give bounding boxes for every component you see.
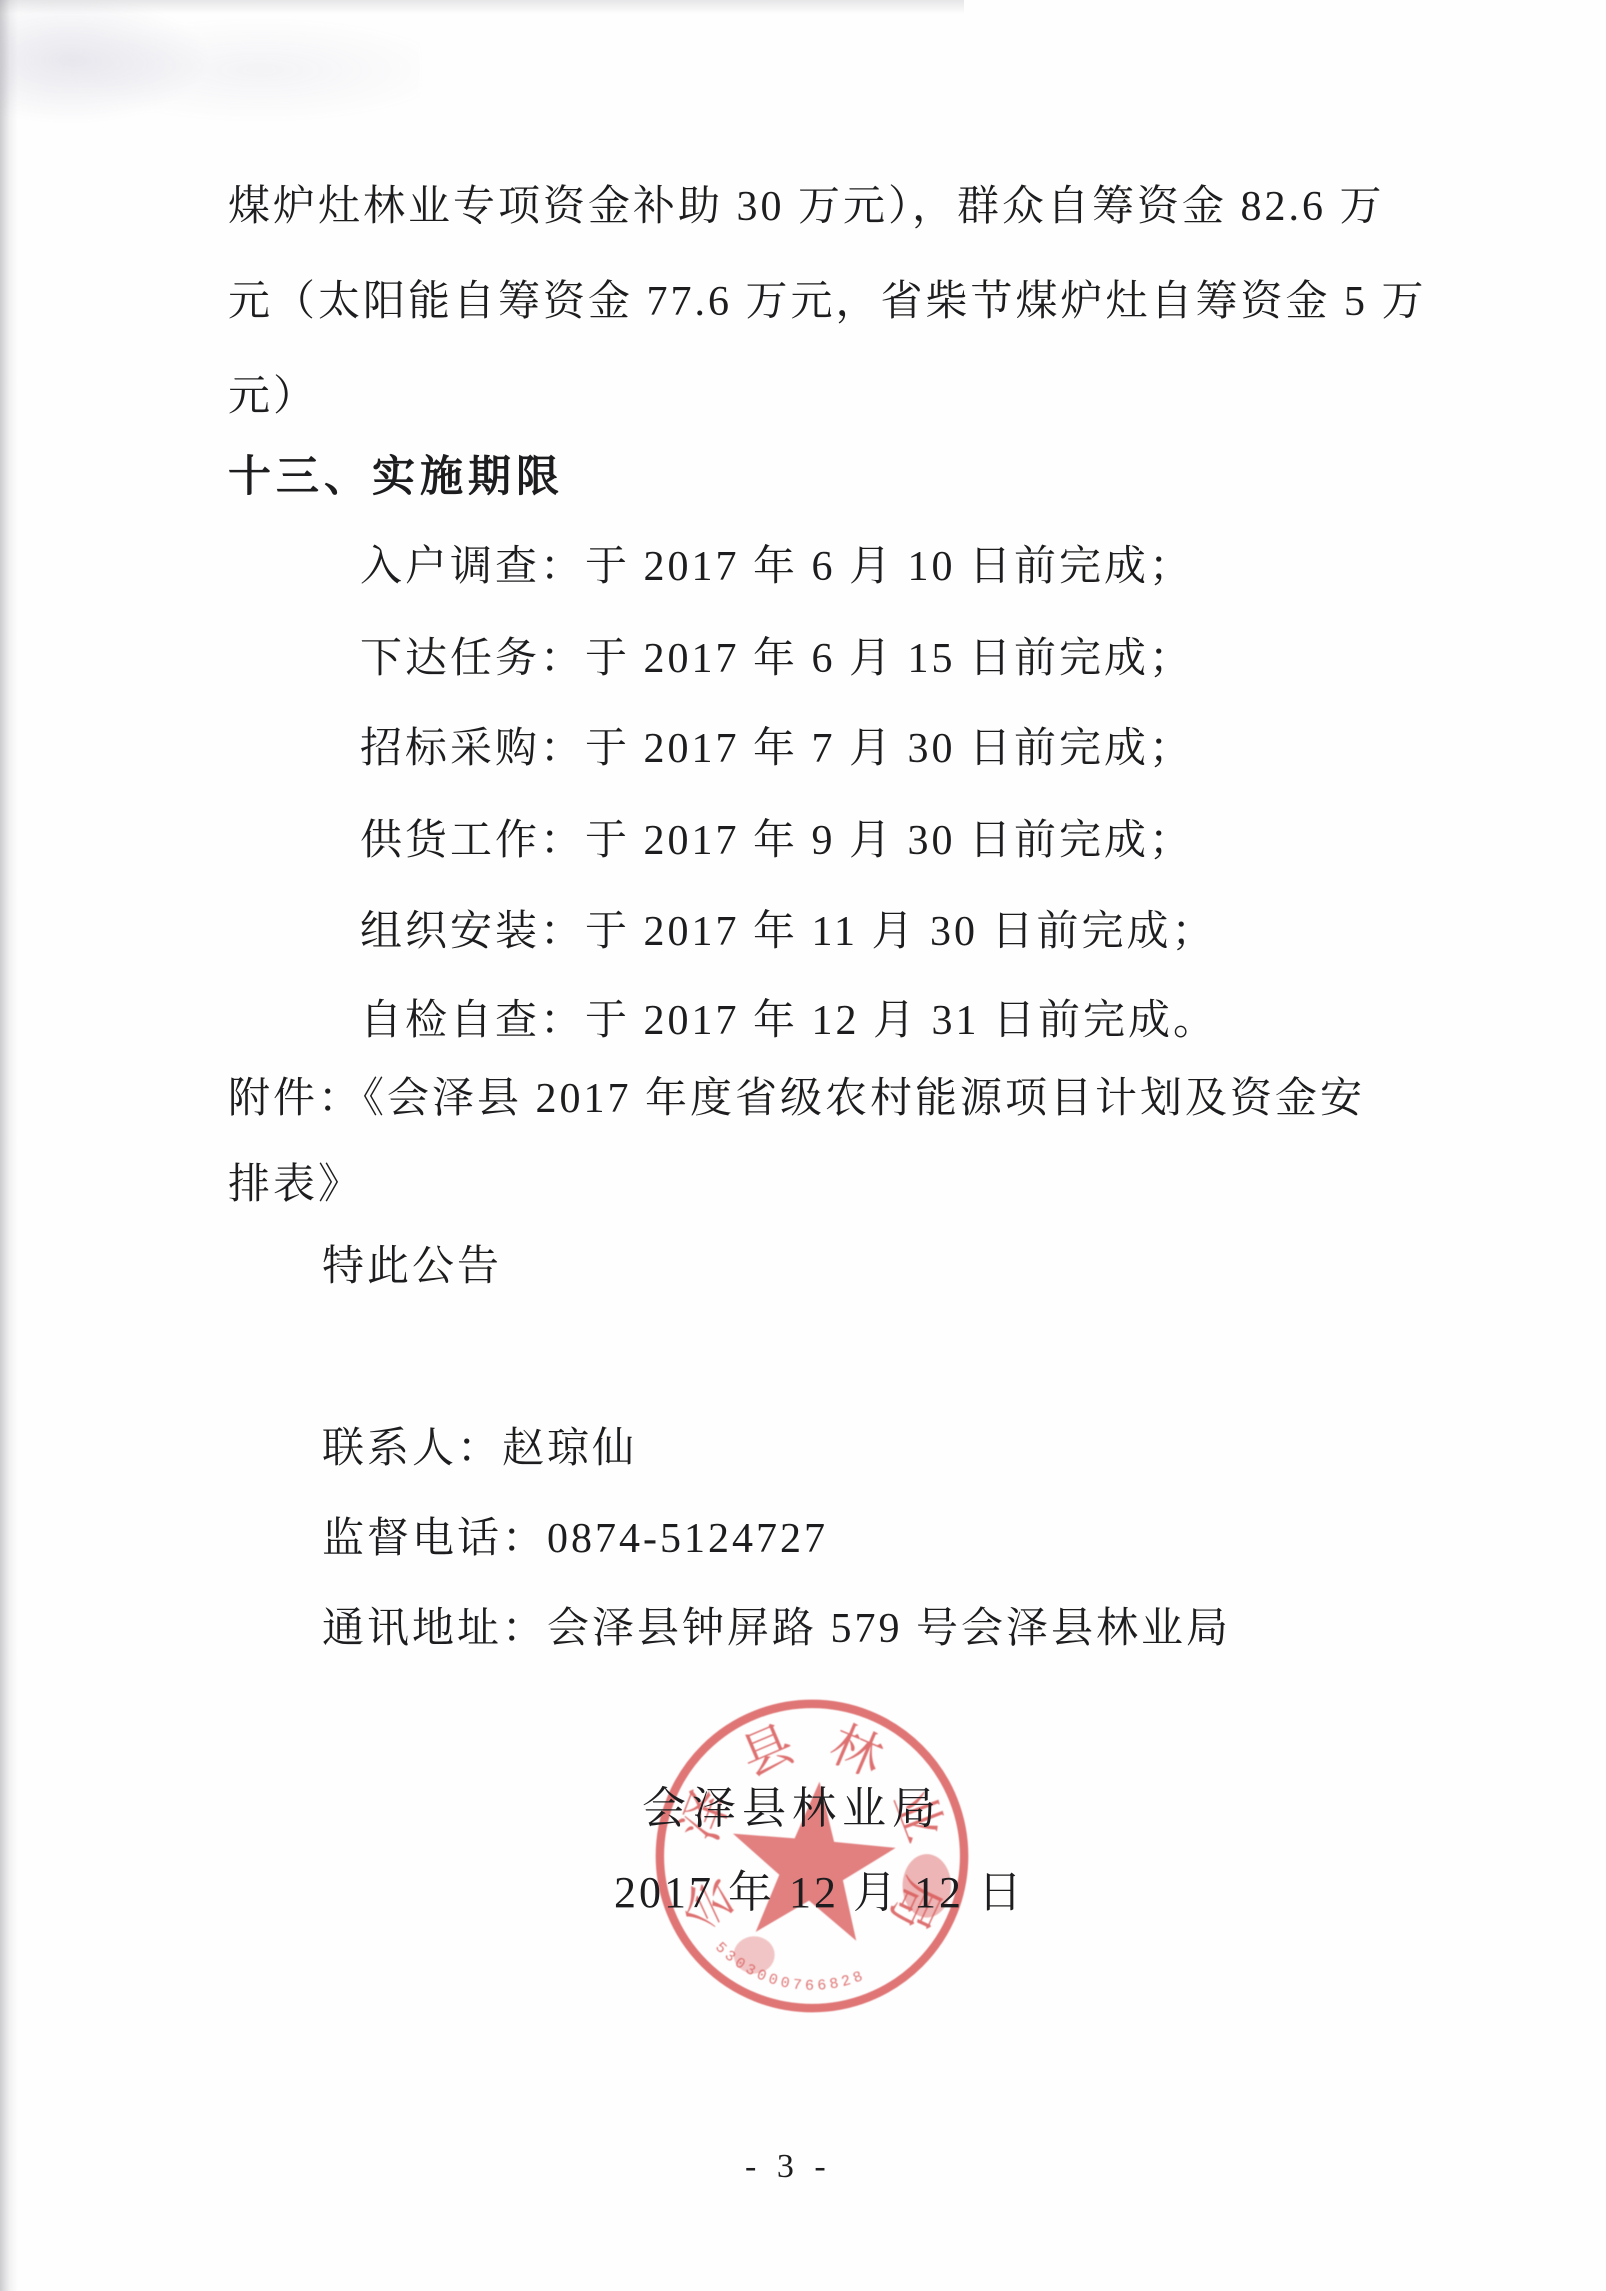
document-page: 煤炉灶林业专项资金补助 30 万元），群众自筹资金 82.6 万 元（太阳能自筹… — [0, 0, 1606, 2291]
paragraph-funding-line3: 元） — [228, 376, 318, 418]
attachment-line2: 排表》 — [228, 1164, 363, 1206]
paragraph-funding-line2: 元（太阳能自筹资金 77.6 万元，省柴节煤炉灶自筹资金 5 万 — [228, 281, 1427, 323]
schedule-item-install: 组织安装：于 2017 年 11 月 30 日前完成； — [360, 911, 1216, 953]
attachment-line1: 附件：《会泽县 2017 年度省级农村能源项目计划及资金安 — [228, 1078, 1365, 1120]
contact-phone: 监督电话：0874-5124727 — [322, 1518, 828, 1560]
signature-agency: 会泽县林业局 — [642, 1772, 942, 1836]
signature-date: 2017 年 12 月 12 日 — [614, 1856, 1025, 1920]
schedule-item-tasks: 下达任务：于 2017 年 6 月 15 日前完成； — [360, 638, 1194, 680]
schedule-item-bidding: 招标采购：于 2017 年 7 月 30 日前完成； — [360, 728, 1194, 770]
scan-ghost-smudge — [0, 0, 420, 190]
paragraph-funding-line1: 煤炉灶林业专项资金补助 30 万元），群众自筹资金 82.6 万 — [228, 186, 1385, 228]
page-number: - 3 - — [745, 2148, 832, 2186]
closing-statement: 特此公告 — [322, 1246, 502, 1288]
scan-shadow-left-edge — [0, 0, 18, 2291]
schedule-item-supply: 供货工作：于 2017 年 9 月 30 日前完成； — [360, 820, 1194, 862]
schedule-item-selfcheck: 自检自查：于 2017 年 12 月 31 日前完成。 — [360, 1000, 1218, 1042]
contact-address: 通讯地址：会泽县钟屏路 579 号会泽县林业局 — [322, 1608, 1231, 1650]
section-heading: 十三、实施期限 — [228, 456, 564, 499]
contact-person: 联系人：赵琼仙 — [322, 1428, 637, 1470]
schedule-item-survey: 入户调查：于 2017 年 6 月 10 日前完成； — [360, 546, 1194, 588]
